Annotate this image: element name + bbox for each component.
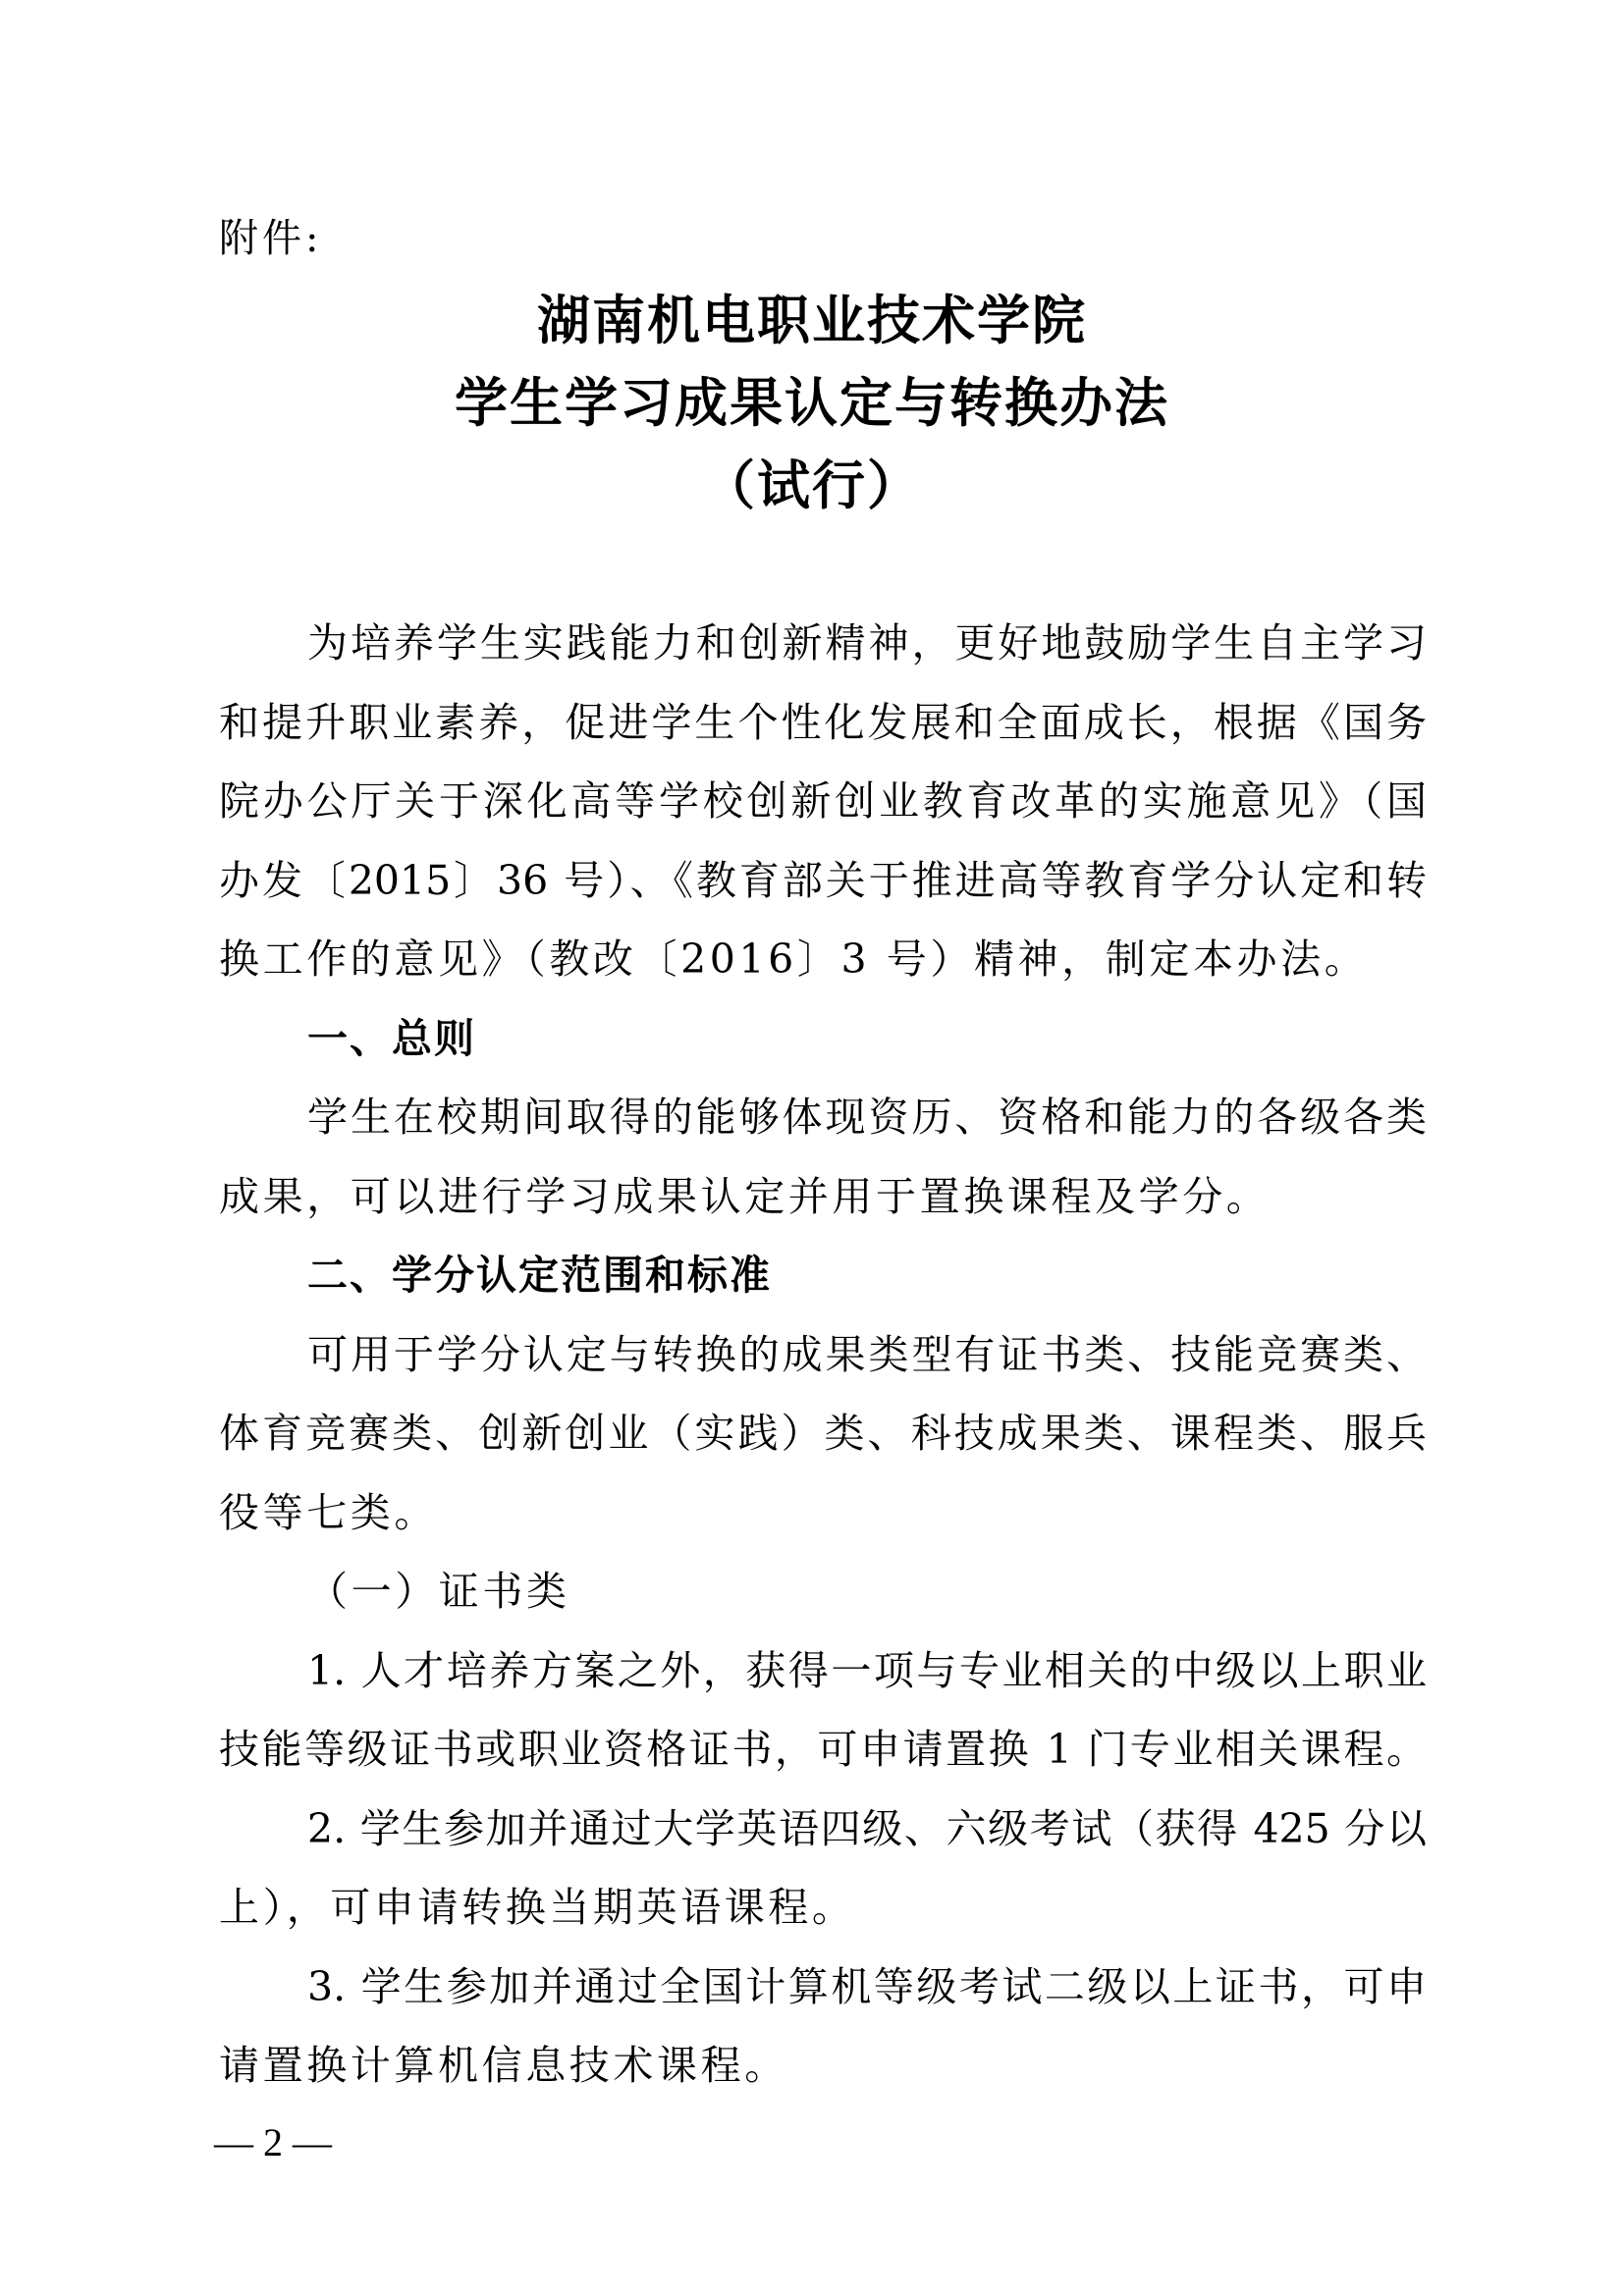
page-number: — 2 — [214, 2118, 332, 2167]
document-body: 为培养学生实践能力和创新精神，更好地鼓励学生自主学习 和提升职业素养，促进学生个… [219, 604, 1427, 2106]
title-document: 学生学习成果认定与转换办法 [0, 362, 1624, 445]
body-line: 役等七类。 [219, 1473, 1427, 1553]
body-line: 1. 人才培养方案之外，获得一项与专业相关的中级以上职业 [219, 1631, 1427, 1711]
section-heading-general: 一、总则 [219, 999, 1427, 1079]
body-line: 可用于学分认定与转换的成果类型有证书类、技能竞赛类、 [219, 1315, 1427, 1395]
body-line: 3. 学生参加并通过全国计算机等级考试二级以上证书，可申 [219, 1948, 1427, 2027]
body-line: 办发〔2015〕36 号）、《教育部关于推进高等教育学分认定和转 [219, 841, 1427, 921]
body-line: 体育竞赛类、创新创业（实践）类、科技成果类、课程类、服兵 [219, 1394, 1427, 1473]
title-trial: （试行） [0, 445, 1624, 527]
body-line: 请置换计算机信息技术课程。 [219, 2026, 1427, 2106]
body-line: 成果，可以进行学习成果认定并用于置换课程及学分。 [219, 1157, 1427, 1237]
body-line: 院办公厅关于深化高等学校创新创业教育改革的实施意见》（国 [219, 762, 1427, 841]
attachment-label: 附件: [219, 214, 322, 263]
body-line: 2. 学生参加并通过大学英语四级、六级考试（获得 425 分以 [219, 1789, 1427, 1869]
body-line: 换工作的意见》（教改〔2016〕3 号）精神，制定本办法。 [219, 920, 1427, 999]
section-heading-scope: 二、学分认定范围和标准 [219, 1236, 1427, 1315]
subsection-heading-certificates: （一）证书类 [219, 1552, 1427, 1631]
body-line: 学生在校期间取得的能够体现资历、资格和能力的各级各类 [219, 1078, 1427, 1157]
body-line: 和提升职业素养，促进学生个性化发展和全面成长，根据《国务 [219, 683, 1427, 763]
body-line: 技能等级证书或职业资格证书，可申请置换 1 门专业相关课程。 [219, 1710, 1427, 1789]
title-institution: 湖南机电职业技术学院 [0, 280, 1624, 362]
body-line: 上），可申请转换当期英语课程。 [219, 1868, 1427, 1948]
body-line: 为培养学生实践能力和创新精神，更好地鼓励学生自主学习 [219, 604, 1427, 683]
